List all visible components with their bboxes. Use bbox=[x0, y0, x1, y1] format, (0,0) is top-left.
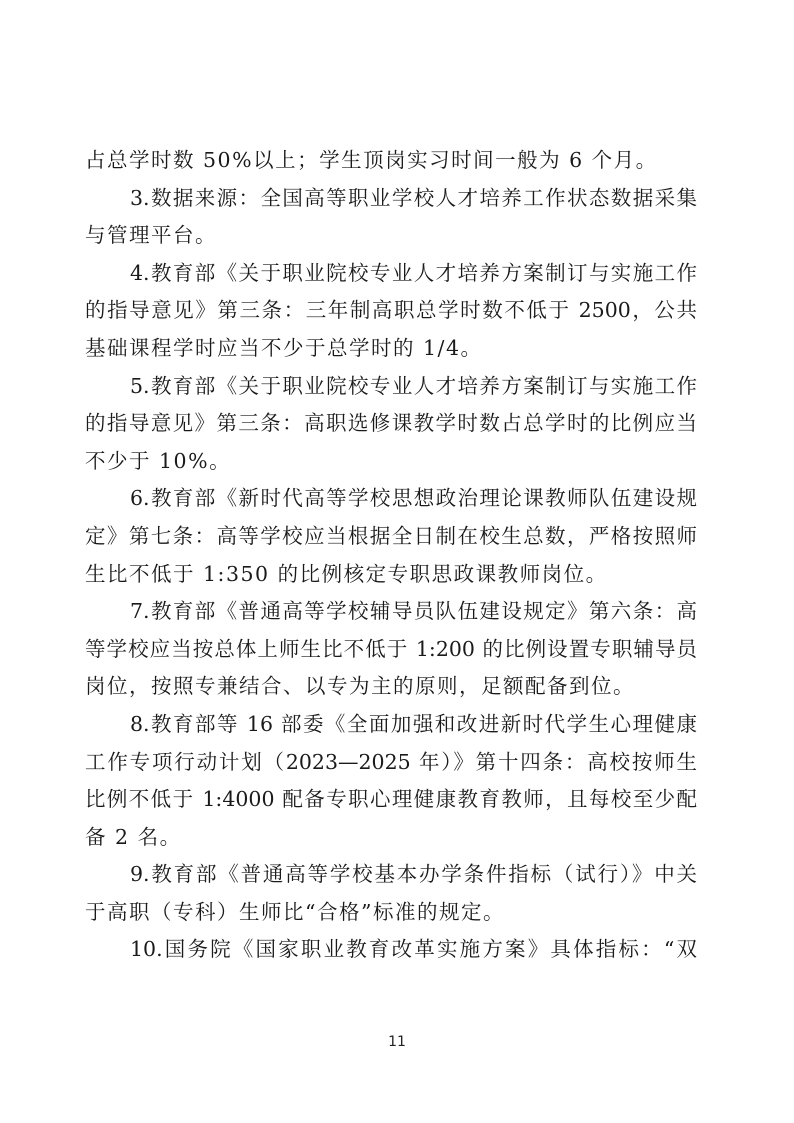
text-line: 基础课程学时应当不少于总学时的 1/4。 bbox=[85, 330, 697, 368]
text-line: 生比不低于 1:350 的比例核定专职思政课教师岗位。 bbox=[85, 556, 697, 594]
text-line: 7.教育部《普通高等学校辅导员队伍建设规定》第六条：高 bbox=[85, 593, 697, 631]
text-line: 的指导意见》第三条：高职选修课教学时数占总学时的比例应当 bbox=[85, 405, 697, 443]
text-line: 不少于 10%。 bbox=[85, 443, 697, 481]
page-number: 11 bbox=[0, 1032, 794, 1052]
text-line: 备 2 名。 bbox=[85, 819, 697, 857]
text-line: 3.数据来源：全国高等职业学校人才培养工作状态数据采集 bbox=[85, 180, 697, 218]
text-line: 等学校应当按总体上师生比不低于 1:200 的比例设置专职辅导员 bbox=[85, 631, 697, 669]
text-line: 定》第七条：高等学校应当根据全日制在校生总数，严格按照师 bbox=[85, 518, 697, 556]
text-line: 比例不低于 1:4000 配备专职心理健康教育教师，且每校至少配 bbox=[85, 781, 697, 819]
text-line: 于高职（专科）生师比“合格”标准的规定。 bbox=[85, 894, 697, 932]
text-line: 的指导意见》第三条：三年制高职总学时数不低于 2500，公共 bbox=[85, 292, 697, 330]
text-line: 岗位，按照专兼结合、以专为主的原则，足额配备到位。 bbox=[85, 668, 697, 706]
text-line: 9.教育部《普通高等学校基本办学条件指标（试行）》中关 bbox=[85, 856, 697, 894]
text-line: 5.教育部《关于职业院校专业人才培养方案制订与实施工作 bbox=[85, 368, 697, 406]
text-line: 10.国务院《国家职业教育改革实施方案》具体指标：“双 bbox=[85, 931, 697, 969]
text-line: 与管理平台。 bbox=[85, 217, 697, 255]
text-line: 工作专项行动计划（2023—2025 年）》第十四条：高校按师生 bbox=[85, 744, 697, 782]
text-line: 占总学时数 50%以上；学生顶岗实习时间一般为 6 个月。 bbox=[85, 142, 697, 180]
document-page: 占总学时数 50%以上；学生顶岗实习时间一般为 6 个月。 3.数据来源：全国高… bbox=[0, 0, 794, 1123]
text-line: 6.教育部《新时代高等学校思想政治理论课教师队伍建设规 bbox=[85, 480, 697, 518]
document-body: 占总学时数 50%以上；学生顶岗实习时间一般为 6 个月。 3.数据来源：全国高… bbox=[85, 142, 697, 969]
text-line: 4.教育部《关于职业院校专业人才培养方案制订与实施工作 bbox=[85, 255, 697, 293]
text-line: 8.教育部等 16 部委《全面加强和改进新时代学生心理健康 bbox=[85, 706, 697, 744]
